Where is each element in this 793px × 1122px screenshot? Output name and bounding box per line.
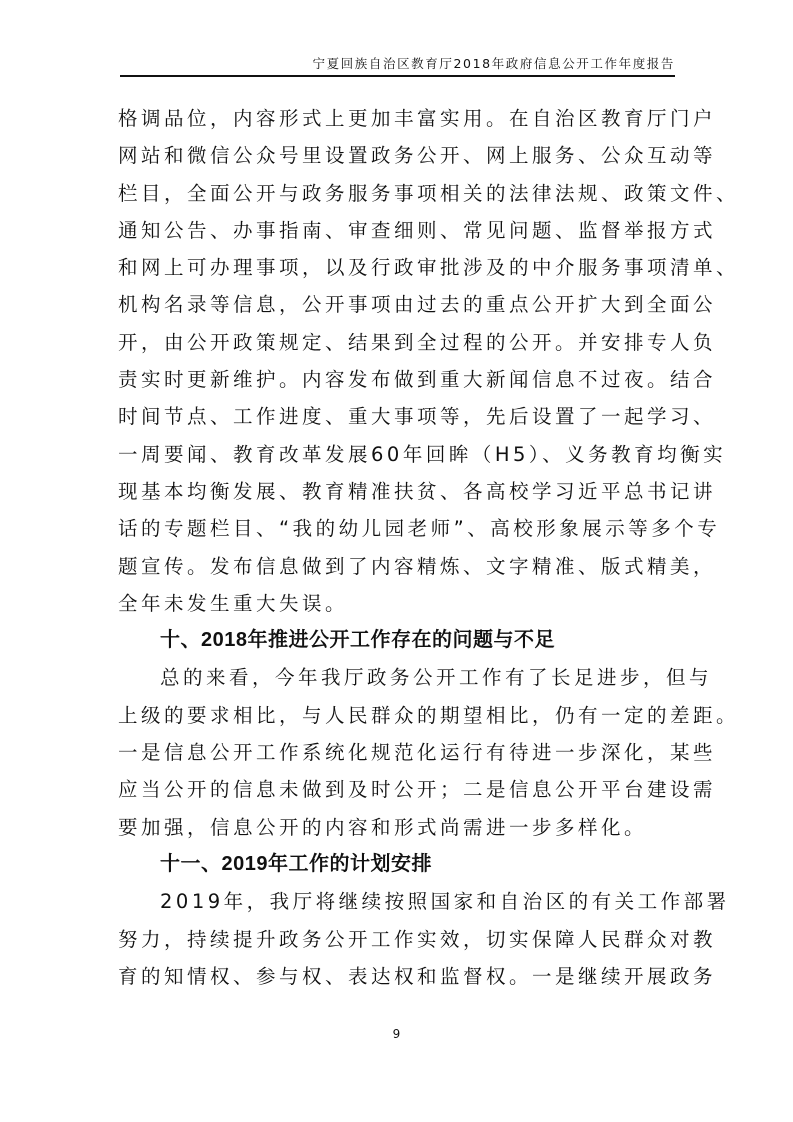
text-line: 全年未发生重大失误。 [118, 585, 678, 622]
text-line: 上级的要求相比，与人民群众的期望相比，仍有一定的差距。 [118, 697, 678, 734]
section-heading: 十一、2019年工作的计划安排 [118, 846, 678, 883]
page-header: 宁夏回族自治区教育厅2018年政府信息公开工作年度报告 [120, 50, 675, 77]
text-line: 一周要闻、教育改革发展60年回眸（H5）、义务教育均衡实 [118, 436, 678, 473]
text-line: 机构名录等信息，公开事项由过去的重点公开扩大到全面公 [118, 286, 678, 323]
text-line: 格调品位，内容形式上更加丰富实用。在自治区教育厅门户 [118, 100, 678, 137]
text-line: 一是信息公开工作系统化规范化运行有待进一步深化，某些 [118, 734, 678, 771]
text-line: 2019年，我厅将继续按照国家和自治区的有关工作部署 [118, 883, 678, 920]
section-heading: 十、2018年推进公开工作存在的问题与不足 [118, 622, 678, 659]
text-line: 开，由公开政策规定、结果到全过程的公开。并安排专人负 [118, 324, 678, 361]
text-line: 时间节点、工作进度、重大事项等，先后设置了一起学习、 [118, 398, 678, 435]
header-title: 宁夏回族自治区教育厅2018年政府信息公开工作年度报告 [312, 54, 675, 72]
text-line: 应当公开的信息未做到及时公开；二是信息公开平台建设需 [118, 771, 678, 808]
text-line: 现基本均衡发展、教育精准扶贫、各高校学习近平总书记讲 [118, 473, 678, 510]
text-line: 总的来看，今年我厅政务公开工作有了长足进步，但与 [118, 659, 678, 696]
document-body: 格调品位，内容形式上更加丰富实用。在自治区教育厅门户网站和微信公众号里设置政务公… [118, 100, 678, 995]
text-line: 题宣传。发布信息做到了内容精炼、文字精准、版式精美， [118, 548, 678, 585]
text-line: 育的知情权、参与权、表达权和监督权。一是继续开展政务 [118, 958, 678, 995]
text-line: 努力，持续提升政务公开工作实效，切实保障人民群众对教 [118, 921, 678, 958]
text-line: 要加强，信息公开的内容和形式尚需进一步多样化。 [118, 809, 678, 846]
text-line: 责实时更新维护。内容发布做到重大新闻信息不过夜。结合 [118, 361, 678, 398]
text-line: 栏目，全面公开与政务服务事项相关的法律法规、政策文件、 [118, 175, 678, 212]
text-line: 和网上可办理事项，以及行政审批涉及的中介服务事项清单、 [118, 249, 678, 286]
text-line: 通知公告、办事指南、审查细则、常见问题、监督举报方式 [118, 212, 678, 249]
page-number: 9 [0, 1027, 793, 1041]
text-line: 网站和微信公众号里设置政务公开、网上服务、公众互动等 [118, 137, 678, 174]
text-line: 话的专题栏目、“我的幼儿园老师”、高校形象展示等多个专 [118, 510, 678, 547]
